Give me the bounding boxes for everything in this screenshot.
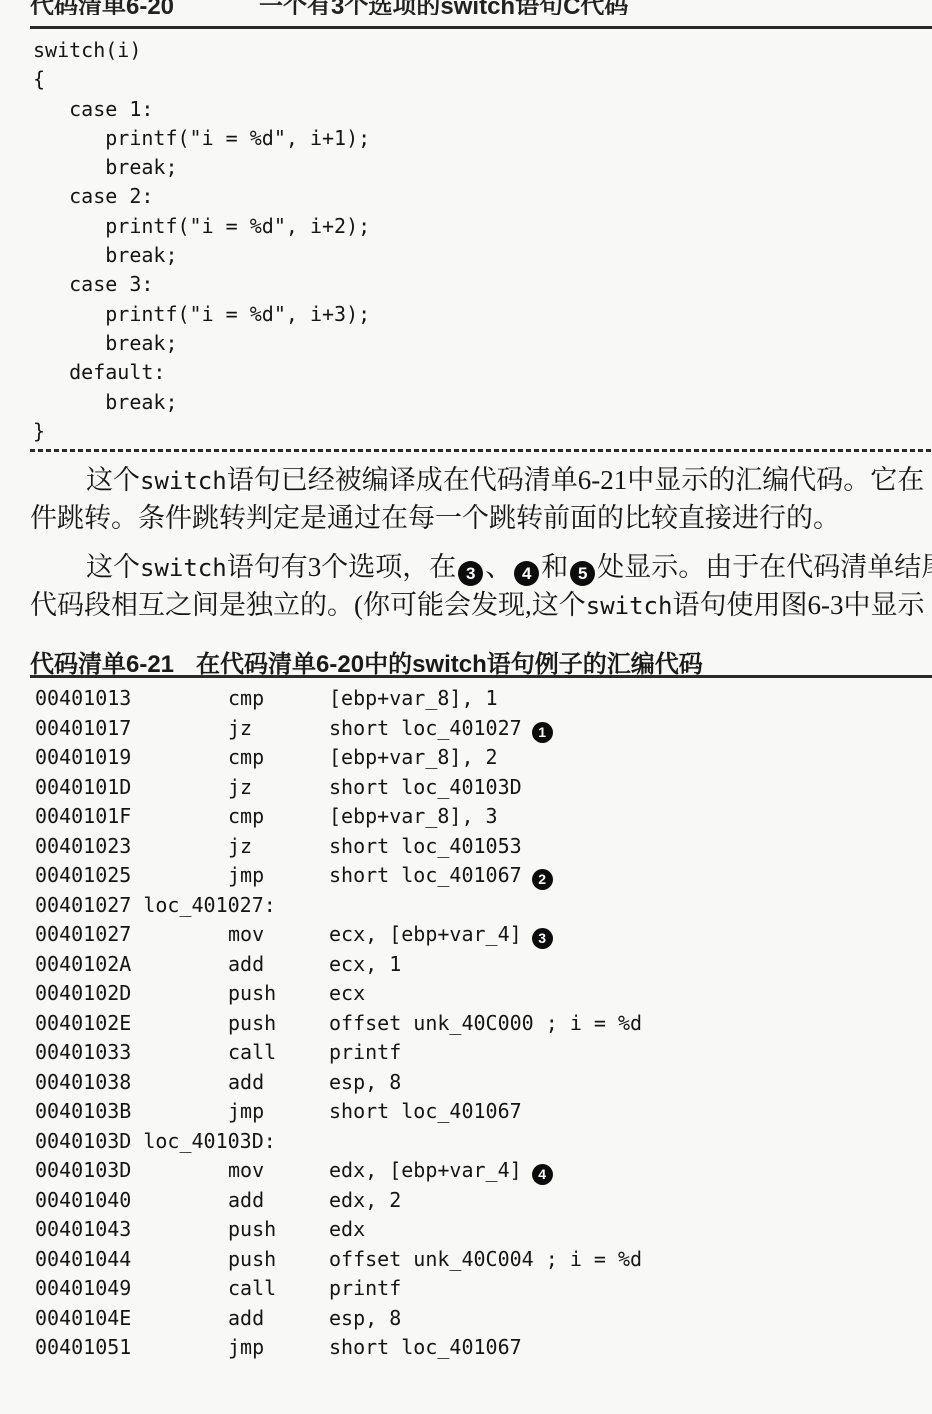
asm-operands: edx, 2	[329, 1188, 401, 1212]
paragraph-line: 件跳转。条件跳转判定是通过在每一个跳转前面的比较直接进行的。	[30, 500, 932, 537]
asm-operands: [ebp+var_8], 2	[329, 745, 498, 769]
asm-address: 0040102D	[35, 981, 228, 1005]
asm-line: 0040104Eaddesp, 8	[35, 1306, 932, 1336]
asm-address: 00401017	[35, 716, 228, 740]
asm-operands: ecx, 1	[329, 952, 401, 976]
asm-address: 00401019	[35, 745, 228, 769]
inline-code: switch	[586, 592, 673, 620]
asm-operands: esp, 8	[329, 1306, 401, 1330]
asm-line: 00401040addedx, 2	[35, 1188, 932, 1218]
asm-address: 00401040	[35, 1188, 228, 1212]
asm-mnemonic: add	[228, 952, 329, 976]
asm-mnemonic: jmp	[228, 1335, 329, 1359]
asm-mnemonic: add	[228, 1306, 329, 1330]
asm-label: loc_40103D:	[143, 1129, 275, 1153]
paragraph-text: 这个	[86, 465, 140, 495]
paragraph-1: 这个switch语句已经被编译成在代码清单6-21中显示的汇编代码。它在件跳转。…	[30, 462, 932, 537]
paragraph-text: 语句有3个选项，在	[227, 552, 457, 582]
paragraph-text: 代码段相互之间是独立的。(你可能会发现,这个	[30, 590, 586, 620]
marker-badge: 2	[532, 869, 553, 890]
asm-line: 00401023jzshort loc_401053	[35, 834, 932, 864]
asm-operands: edx	[329, 1217, 365, 1241]
listing-6-20-number: 代码清单6-20	[30, 0, 174, 15]
asm-mnemonic: mov	[228, 1158, 329, 1182]
asm-address: 00401033	[35, 1040, 228, 1064]
asm-address: 00401027	[35, 922, 228, 946]
asm-line: 0040102Dpushecx	[35, 981, 932, 1011]
circled-number-3: 3	[458, 561, 483, 586]
paragraph-line: 代码段相互之间是独立的。(你可能会发现,这个switch语句使用图6-3中显示	[30, 587, 932, 625]
asm-address: 0040101F	[35, 804, 228, 828]
paragraph-text: 语句已经被编译成在代码清单6-21中显示的汇编代码。它在	[227, 465, 925, 495]
asm-line: 00401027loc_401027:	[35, 893, 932, 923]
c-code: switch(i) { case 1: printf("i = %d", i+1…	[33, 36, 370, 446]
asm-line: 00401044pushoffset unk_40C004 ; i = %d	[35, 1247, 932, 1277]
asm-line: 0040103Bjmpshort loc_401067	[35, 1099, 932, 1129]
asm-address: 00401043	[35, 1217, 228, 1241]
paragraph-text: 处显示。由于在代码清单结尾	[597, 552, 932, 582]
paragraph-line: 这个switch语句有3个选项，在3、4和5处显示。由于在代码清单结尾	[30, 549, 932, 587]
asm-operands: [ebp+var_8], 3	[329, 804, 498, 828]
paragraph-text: 语句使用图6-3中显示	[672, 590, 924, 620]
asm-line: 00401025jmpshort loc_4010672	[35, 863, 932, 893]
asm-address: 0040102E	[35, 1011, 228, 1035]
asm-line: 00401013cmp[ebp+var_8], 1	[35, 686, 932, 716]
asm-operands: short loc_401067	[329, 1099, 522, 1123]
asm-mnemonic: call	[228, 1040, 329, 1064]
asm-mnemonic: add	[228, 1188, 329, 1212]
asm-mnemonic: push	[228, 1011, 329, 1035]
paragraph-line: 这个switch语句已经被编译成在代码清单6-21中显示的汇编代码。它在	[30, 462, 932, 500]
asm-mnemonic: cmp	[228, 686, 329, 710]
asm-address: 00401051	[35, 1335, 228, 1359]
asm-mnemonic: mov	[228, 922, 329, 946]
asm-line: 00401027movecx, [ebp+var_4]3	[35, 922, 932, 952]
asm-line: 0040103Dloc_40103D:	[35, 1129, 932, 1159]
asm-address: 0040103D	[35, 1129, 131, 1153]
asm-mnemonic: jz	[228, 834, 329, 858]
circled-number-4: 4	[514, 561, 539, 586]
asm-address: 00401025	[35, 863, 228, 887]
asm-line: 0040101Fcmp[ebp+var_8], 3	[35, 804, 932, 834]
asm-line: 0040103Dmovedx, [ebp+var_4]4	[35, 1158, 932, 1188]
asm-address: 00401023	[35, 834, 228, 858]
asm-operands: offset unk_40C000 ; i = %d	[329, 1011, 642, 1035]
asm-line: 00401019cmp[ebp+var_8], 2	[35, 745, 932, 775]
asm-line: 00401049callprintf	[35, 1276, 932, 1306]
asm-operands: edx, [ebp+var_4]	[329, 1158, 522, 1182]
asm-operands: short loc_401067	[329, 863, 522, 887]
asm-mnemonic: add	[228, 1070, 329, 1094]
asm-address: 0040101D	[35, 775, 228, 799]
paragraph-2: 这个switch语句有3个选项，在3、4和5处显示。由于在代码清单结尾代码段相互…	[30, 549, 932, 625]
asm-address: 00401027	[35, 893, 131, 917]
asm-mnemonic: jmp	[228, 1099, 329, 1123]
asm-operands: ecx	[329, 981, 365, 1005]
asm-mnemonic: jmp	[228, 863, 329, 887]
listing-6-20-title: 一个有3个选项的switch语句C代码	[259, 0, 628, 15]
asm-line: 00401017jzshort loc_4010271	[35, 716, 932, 746]
asm-operands: short loc_40103D	[329, 775, 522, 799]
asm-mnemonic: jz	[228, 775, 329, 799]
paragraph-text: 、	[485, 552, 512, 582]
asm-mnemonic: cmp	[228, 745, 329, 769]
asm-address: 0040103D	[35, 1158, 228, 1182]
asm-address: 00401038	[35, 1070, 228, 1094]
asm-operands: esp, 8	[329, 1070, 401, 1094]
asm-mnemonic: cmp	[228, 804, 329, 828]
asm-operands: ecx, [ebp+var_4]	[329, 922, 522, 946]
asm-line: 00401051jmpshort loc_401067	[35, 1335, 932, 1365]
marker-badge: 1	[532, 722, 553, 743]
asm-operands: [ebp+var_8], 1	[329, 686, 498, 710]
asm-line: 00401043pushedx	[35, 1217, 932, 1247]
paragraph-text: 件跳转。条件跳转判定是通过在每一个跳转前面的比较直接进行的。	[30, 503, 840, 533]
asm-operands: short loc_401053	[329, 834, 522, 858]
asm-operands: printf	[329, 1040, 401, 1064]
asm-mnemonic: push	[228, 981, 329, 1005]
asm-listing: 00401013cmp[ebp+var_8], 1 00401017jzshor…	[35, 686, 932, 1365]
asm-address: 0040103B	[35, 1099, 228, 1123]
listing-6-21-number: 代码清单6-21	[30, 651, 174, 678]
asm-operands: offset unk_40C004 ; i = %d	[329, 1247, 642, 1271]
asm-line: 0040101Djzshort loc_40103D	[35, 775, 932, 805]
asm-line: 00401038addesp, 8	[35, 1070, 932, 1100]
listing-6-20-caption-clipped: 代码清单6-20一个有3个选项的switch语句C代码	[30, 0, 930, 15]
asm-address: 00401049	[35, 1276, 228, 1300]
asm-address: 0040102A	[35, 952, 228, 976]
asm-address: 0040104E	[35, 1306, 228, 1330]
asm-line: 00401033callprintf	[35, 1040, 932, 1070]
inline-code: switch	[140, 467, 227, 495]
asm-line: 0040102Aaddecx, 1	[35, 952, 932, 982]
asm-mnemonic: push	[228, 1217, 329, 1241]
paragraph-text: 和	[541, 552, 568, 582]
paragraph-text: 这个	[86, 552, 140, 582]
marker-badge: 3	[532, 928, 553, 949]
asm-operands: short loc_401027	[329, 716, 522, 740]
listing-6-21-title: 在代码清单6-20中的switch语句例子的汇编代码	[196, 651, 703, 678]
asm-operands: short loc_401067	[329, 1335, 522, 1359]
asm-operands: printf	[329, 1276, 401, 1300]
circled-number-5: 5	[570, 561, 595, 586]
asm-mnemonic: push	[228, 1247, 329, 1271]
asm-line: 0040102Epushoffset unk_40C000 ; i = %d	[35, 1011, 932, 1041]
listing-6-20-top-rule	[30, 26, 932, 29]
inline-code: switch	[140, 554, 227, 582]
listing-6-20-bottom-rule	[30, 449, 932, 452]
asm-mnemonic: call	[228, 1276, 329, 1300]
asm-address: 00401013	[35, 686, 228, 710]
asm-label: loc_401027:	[143, 893, 275, 917]
asm-mnemonic: jz	[228, 716, 329, 740]
listing-6-21-top-rule	[30, 675, 932, 678]
asm-address: 00401044	[35, 1247, 228, 1271]
listing-6-21-caption: 代码清单6-21在代码清单6-20中的switch语句例子的汇编代码	[30, 644, 703, 679]
marker-badge: 4	[532, 1164, 553, 1185]
